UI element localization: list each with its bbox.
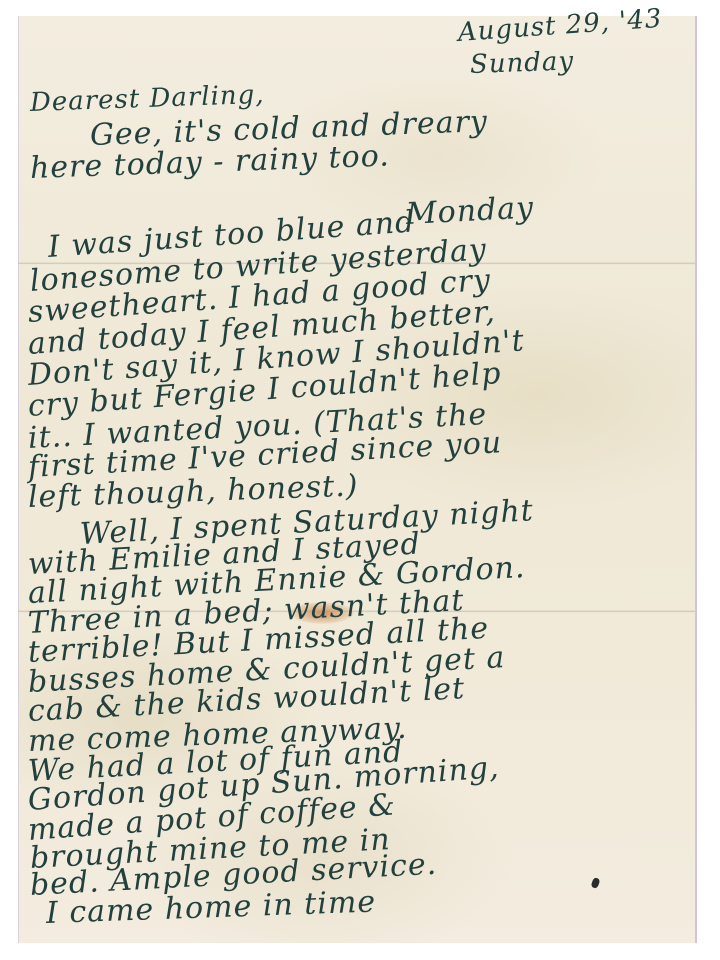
letter-line: Monday [405, 190, 535, 232]
letter-day: Sunday [469, 46, 574, 80]
letter-line: here today - rainy too. [29, 138, 390, 186]
letter-page: August 29, '43 Sunday Dearest Darling, G… [18, 16, 697, 943]
ink-speck [591, 877, 601, 889]
letter-date: August 29, '43 [457, 4, 663, 48]
